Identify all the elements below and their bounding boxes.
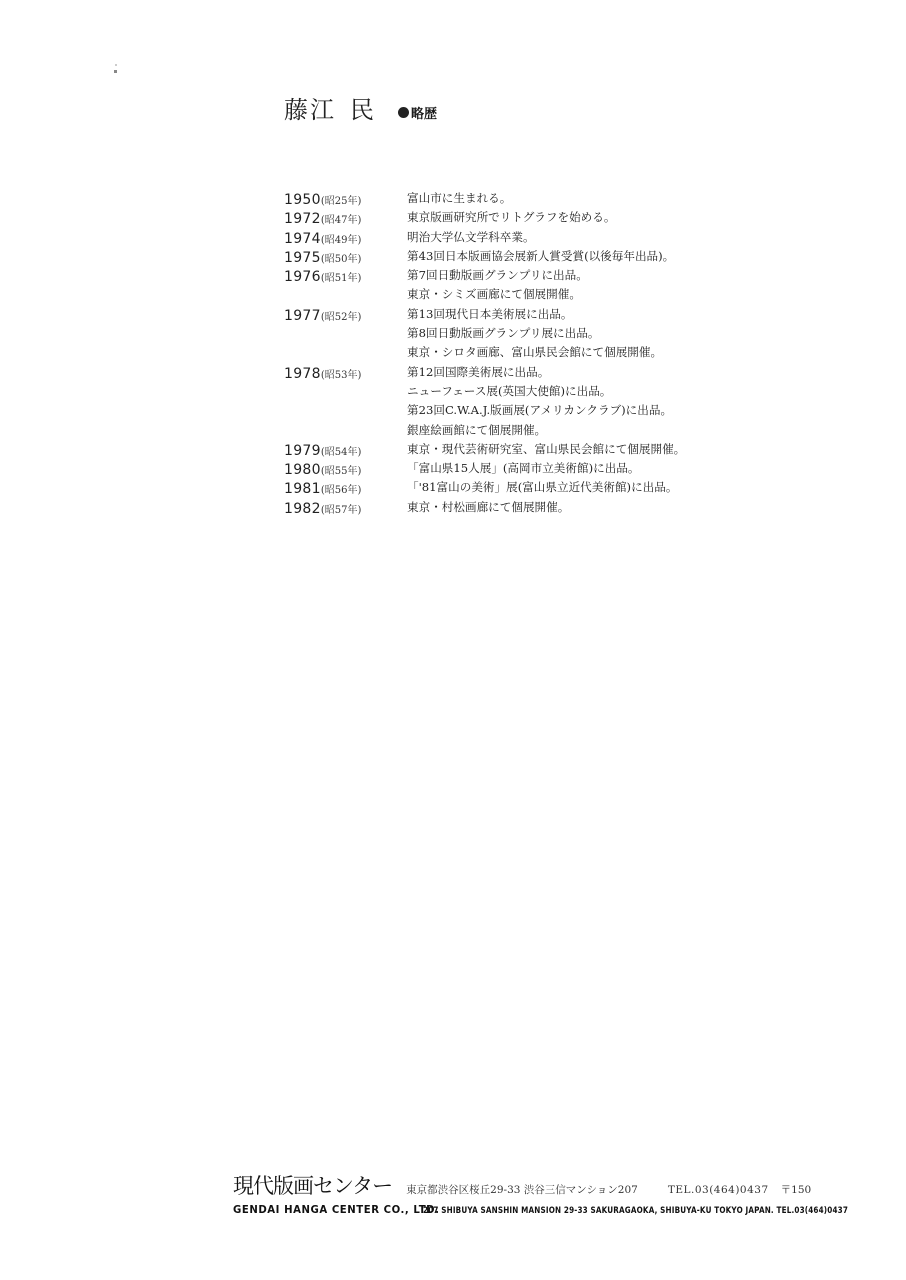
year: 1982 (284, 501, 321, 517)
timeline-row: 東京・シミズ画廊にて個展開催。 (284, 285, 685, 304)
year-column: 1974(昭49年) (284, 228, 407, 247)
year: 1975 (284, 250, 321, 266)
era-year: (昭54年) (321, 447, 362, 458)
postal-code: 〒150 (781, 1182, 812, 1197)
timeline-row: 第23回C.W.A.J.版画展(アメリカンクラブ)に出品。 (284, 401, 685, 420)
timeline-row: 1982(昭57年)東京・村松画廊にて個展開催。 (284, 498, 685, 517)
artist-given-name: 民 (350, 96, 376, 124)
year-column (284, 343, 407, 362)
era-year: (昭51年) (321, 273, 362, 284)
publisher-footer: 現代版画センター 東京都渋谷区桜丘29-33 渋谷三信マンション207 TEL.… (233, 1170, 843, 1216)
event-text: 明治大学仏文学科卒業。 (407, 228, 535, 247)
year-column (284, 382, 407, 401)
event-text: 「'81富山の美術」展(富山県立近代美術館)に出品。 (407, 478, 677, 497)
year: 1950 (284, 192, 321, 208)
year-column (284, 421, 407, 440)
biography-label: 略歴 (398, 103, 437, 122)
artist-family-name: 藤江 (284, 96, 336, 124)
timeline-row: 1980(昭55年)「富山県15人展」(高岡市立美術館)に出品。 (284, 459, 685, 478)
year-column: 1980(昭55年) (284, 459, 407, 478)
artist-name: 藤江民 (284, 90, 376, 125)
year-column: 1981(昭56年) (284, 478, 407, 497)
address-jp: 東京都渋谷区桜丘29-33 渋谷三信マンション207 (406, 1182, 638, 1197)
timeline-row: 1977(昭52年)第13回現代日本美術展に出品。 (284, 305, 685, 324)
year-column: 1978(昭53年) (284, 363, 407, 382)
year: 1981 (284, 481, 321, 497)
event-text: 東京・シミズ画廊にて個展開催。 (407, 285, 581, 304)
year-column (284, 401, 407, 420)
year-column: 1979(昭54年) (284, 440, 407, 459)
era-year: (昭57年) (321, 505, 362, 516)
event-text: ニューフェース展(英国大使館)に出品。 (407, 382, 611, 401)
year: 1972 (284, 211, 321, 227)
event-text: 「富山県15人展」(高岡市立美術館)に出品。 (407, 459, 640, 478)
event-text: 富山市に生まれる。 (407, 189, 511, 208)
year-column: 1976(昭51年) (284, 266, 407, 285)
year-column (284, 285, 407, 304)
event-text: 第7回日動版画グランプリに出品。 (407, 266, 588, 285)
timeline-row: 1950(昭25年)富山市に生まれる。 (284, 189, 685, 208)
timeline-row: 東京・シロタ画廊、富山県民会館にて個展開催。 (284, 343, 685, 362)
biography-label-text: 略歴 (411, 103, 437, 122)
scan-speck (115, 64, 117, 66)
publisher-logo: 現代版画センター (233, 1170, 392, 1200)
event-text: 東京・村松画廊にて個展開催。 (407, 498, 569, 517)
era-year: (昭56年) (321, 485, 362, 496)
event-text: 銀座絵画館にて個展開催。 (407, 421, 546, 440)
biography-timeline: 1950(昭25年)富山市に生まれる。1972(昭47年)東京版画研究所でリトグ… (284, 189, 685, 517)
year-column (284, 324, 407, 343)
era-year: (昭47年) (321, 215, 362, 226)
event-text: 第12回国際美術展に出品。 (407, 363, 549, 382)
event-text: 第8回日動版画グランプリ展に出品。 (407, 324, 599, 343)
era-year: (昭53年) (321, 370, 362, 381)
scan-speck (114, 70, 117, 73)
bullet-dot-icon (398, 107, 409, 118)
telephone-jp: TEL.03(464)0437 (668, 1184, 769, 1196)
event-text: 第43回日本版画協会展新人賞受賞(以後毎年出品)。 (407, 247, 674, 266)
year-column: 1950(昭25年) (284, 189, 407, 208)
year: 1977 (284, 308, 321, 324)
era-year: (昭52年) (321, 312, 362, 323)
era-year: (昭50年) (321, 254, 362, 265)
page-header: 藤江民 略歴 (284, 90, 437, 125)
timeline-row: 1974(昭49年)明治大学仏文学科卒業。 (284, 228, 685, 247)
timeline-row: 1972(昭47年)東京版画研究所でリトグラフを始める。 (284, 208, 685, 227)
year-column: 1975(昭50年) (284, 247, 407, 266)
timeline-row: 銀座絵画館にて個展開催。 (284, 421, 685, 440)
year-column: 1977(昭52年) (284, 305, 407, 324)
timeline-row: 1981(昭56年)「'81富山の美術」展(富山県立近代美術館)に出品。 (284, 478, 685, 497)
event-text: 東京・シロタ画廊、富山県民会館にて個展開催。 (407, 343, 662, 362)
timeline-row: ニューフェース展(英国大使館)に出品。 (284, 382, 685, 401)
year: 1978 (284, 366, 321, 382)
year-column: 1972(昭47年) (284, 208, 407, 227)
event-text: 第13回現代日本美術展に出品。 (407, 305, 572, 324)
company-name-en: GENDAI HANGA CENTER CO., LTD. (233, 1203, 395, 1216)
address-en: 207 SHIBUYA SANSHIN MANSION 29-33 SAKURA… (423, 1206, 848, 1216)
timeline-row: 第8回日動版画グランプリ展に出品。 (284, 324, 685, 343)
era-year: (昭25年) (321, 196, 362, 207)
timeline-row: 1978(昭53年)第12回国際美術展に出品。 (284, 363, 685, 382)
timeline-row: 1976(昭51年)第7回日動版画グランプリに出品。 (284, 266, 685, 285)
event-text: 東京版画研究所でリトグラフを始める。 (407, 208, 615, 227)
timeline-row: 1975(昭50年)第43回日本版画協会展新人賞受賞(以後毎年出品)。 (284, 247, 685, 266)
era-year: (昭49年) (321, 235, 362, 246)
timeline-row: 1979(昭54年)東京・現代芸術研究室、富山県民会館にて個展開催。 (284, 440, 685, 459)
era-year: (昭55年) (321, 466, 362, 477)
year: 1976 (284, 269, 321, 285)
event-text: 東京・現代芸術研究室、富山県民会館にて個展開催。 (407, 440, 685, 459)
year: 1974 (284, 231, 321, 247)
event-text: 第23回C.W.A.J.版画展(アメリカンクラブ)に出品。 (407, 401, 672, 420)
year: 1980 (284, 462, 321, 478)
year: 1979 (284, 443, 321, 459)
year-column: 1982(昭57年) (284, 498, 407, 517)
